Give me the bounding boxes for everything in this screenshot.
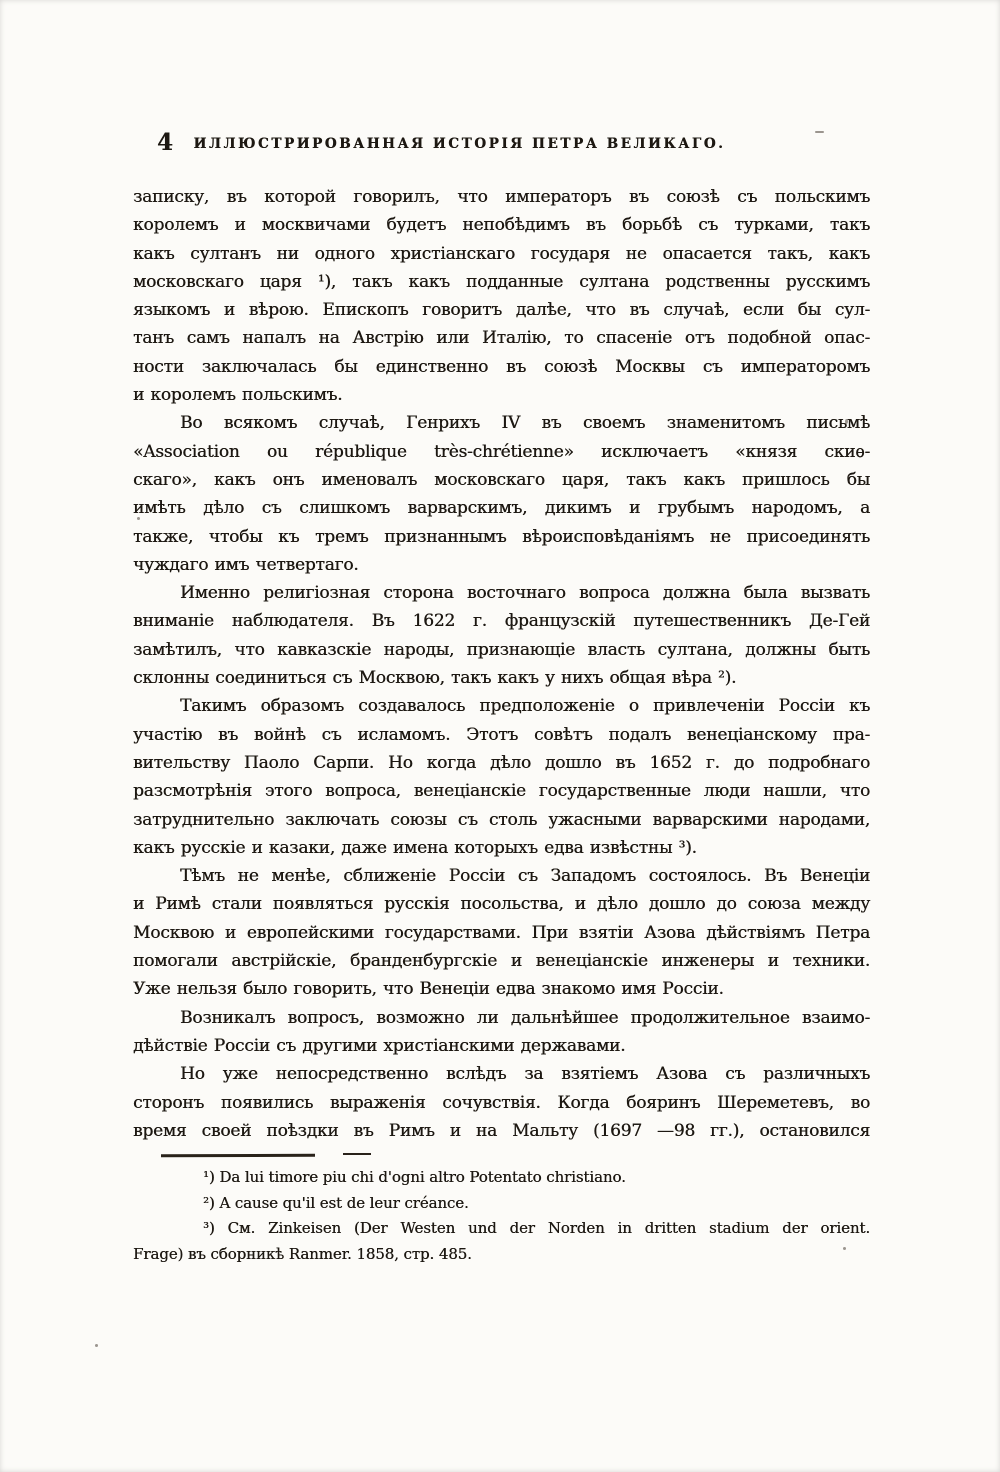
text-line: ности заключалась бы единственно въ союз…	[133, 353, 870, 381]
paragraph: Тѣмъ не менѣе, сближеніе Россіи съ Запад…	[133, 862, 870, 1003]
paragraph: записку, въ которой говорилъ, что импера…	[133, 183, 870, 409]
scan-speck	[845, 419, 848, 424]
text-line: «Association ou république très-chrétien…	[133, 438, 870, 466]
footnotes: ¹) Da lui timore piu chi d'ogni altro Po…	[133, 1165, 870, 1267]
text-line: записку, въ которой говорилъ, что импера…	[133, 183, 870, 211]
text-line: участію въ войнѣ съ исламомъ. Этотъ совѣ…	[133, 721, 870, 749]
paragraph: Во всякомъ случаѣ, Генрихъ IV въ своемъ …	[133, 409, 870, 579]
text-line: Уже нельзя было говорить, что Венеціи ед…	[133, 975, 870, 1003]
scan-speck	[95, 1344, 98, 1347]
text-line: помогали австрійскіе, бранденбургскіе и …	[133, 947, 870, 975]
text-line: танъ самъ напалъ на Австрію или Италію, …	[133, 324, 870, 352]
text-line: затруднительно заключать союзы съ столь …	[133, 806, 870, 834]
text-line: Именно религіозная сторона восточнаго во…	[133, 579, 870, 607]
paragraph: Но уже непосредственно вслѣдъ за взятіем…	[133, 1060, 870, 1145]
text-line: московскаго царя ¹), такъ какъ подданные…	[133, 268, 870, 296]
footnote-rule	[161, 1154, 315, 1157]
footnote-line: ²) A cause qu'il est de leur créance.	[133, 1191, 870, 1217]
paragraph: Именно религіозная сторона восточнаго во…	[133, 579, 870, 692]
text-line: какъ русскіе и казаки, даже имена которы…	[133, 834, 870, 862]
text-line: какъ султанъ ни одного христіанскаго гос…	[133, 240, 870, 268]
text-line: языкомъ и вѣрою. Епископъ говоритъ далѣе…	[133, 296, 870, 324]
scan-speck	[843, 1247, 846, 1250]
text-line: Но уже непосредственно вслѣдъ за взятіем…	[133, 1060, 870, 1088]
text-line: склонны соединиться съ Москвою, такъ как…	[133, 664, 870, 692]
text-line: замѣтилъ, что кавказскіе народы, признаю…	[133, 636, 870, 664]
paragraph: Такимъ образомъ создавалось предположені…	[133, 692, 870, 862]
book-page: 4 ИЛЛЮСТРИРОВАННАЯ ИСТОРІЯ ПЕТРА ВЕЛИКАГ…	[0, 0, 1000, 1472]
text-line: разсмотрѣнія этого вопроса, венеціанскіе…	[133, 777, 870, 805]
text-line: время своей поѣздки въ Римъ и на Мальту …	[133, 1117, 870, 1145]
text-line: скаго», какъ онъ именовалъ московскаго ц…	[133, 466, 870, 494]
text-line: Во всякомъ случаѣ, Генрихъ IV въ своемъ …	[133, 409, 870, 437]
text-line: чуждаго имъ четвертаго.	[133, 551, 870, 579]
footnote-line: ¹) Da lui timore piu chi d'ogni altro Po…	[133, 1165, 870, 1191]
text-line: Тѣмъ не менѣе, сближеніе Россіи съ Запад…	[133, 862, 870, 890]
footnote-line: ³) См. Zinkeisen (Der Westen und der Nor…	[133, 1216, 870, 1242]
text-line: вниманіе наблюдателя. Въ 1622 г. француз…	[133, 607, 870, 635]
footnote-rule-dash	[343, 1153, 371, 1155]
text-line: вительству Паоло Сарпи. Но когда дѣло до…	[133, 749, 870, 777]
text-line: Возникалъ вопросъ, возможно ли дальнѣйше…	[133, 1004, 870, 1032]
paragraph: Возникалъ вопросъ, возможно ли дальнѣйше…	[133, 1004, 870, 1061]
text-line: и королемъ польскимъ.	[133, 381, 870, 409]
text-line: и Римѣ стали появляться русскія посольст…	[133, 890, 870, 918]
text-line: сторонъ появились выраженія сочувствія. …	[133, 1089, 870, 1117]
text-line: также, чтобы къ тремъ признаннымъ вѣроис…	[133, 523, 870, 551]
scan-speck	[137, 517, 140, 520]
page-header: 4 ИЛЛЮСТРИРОВАННАЯ ИСТОРІЯ ПЕТРА ВЕЛИКАГ…	[133, 128, 870, 162]
text-line: имѣть дѣло съ слишкомъ варварскимъ, дики…	[133, 494, 870, 522]
body-text: записку, въ которой говорилъ, что импера…	[133, 183, 870, 1145]
text-line: Москвою и европейскими государствами. Пр…	[133, 919, 870, 947]
footnote-line: Frage) въ сборникѣ Ranmer. 1858, стр. 48…	[133, 1242, 870, 1268]
text-line: Такимъ образомъ создавалось предположені…	[133, 692, 870, 720]
text-line: дѣйствіе Россіи съ другими христіанскими…	[133, 1032, 870, 1060]
text-line: королемъ и москвичами будетъ непобѣдимъ …	[133, 211, 870, 239]
running-title: ИЛЛЮСТРИРОВАННАЯ ИСТОРІЯ ПЕТРА ВЕЛИКАГО.	[91, 128, 828, 152]
scan-speck	[815, 131, 824, 133]
